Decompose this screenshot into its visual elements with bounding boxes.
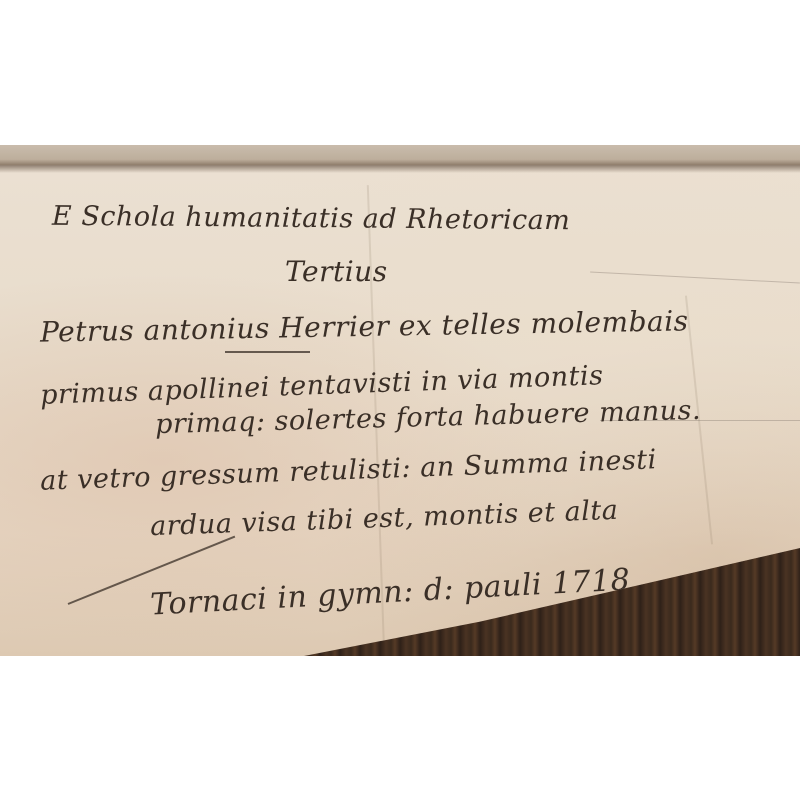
manuscript-line-7: ardua visa tibi est, montis et alta: [150, 495, 619, 542]
paper-edge-shadow: [0, 165, 800, 173]
manuscript-photo: E Schola humanitatis ad Rhetoricam Terti…: [0, 145, 800, 656]
manuscript-line-2: Tertius: [285, 255, 388, 288]
name-underline: [225, 351, 310, 353]
manuscript-line-3: Petrus antonius Herrier ex telles molemb…: [40, 304, 689, 348]
manuscript-line-6: at vetro gressum retulisti: an Summa ine…: [40, 444, 658, 497]
ruled-line: [590, 272, 800, 284]
manuscript-line-1: E Schola humanitatis ad Rhetoricam: [52, 201, 571, 237]
